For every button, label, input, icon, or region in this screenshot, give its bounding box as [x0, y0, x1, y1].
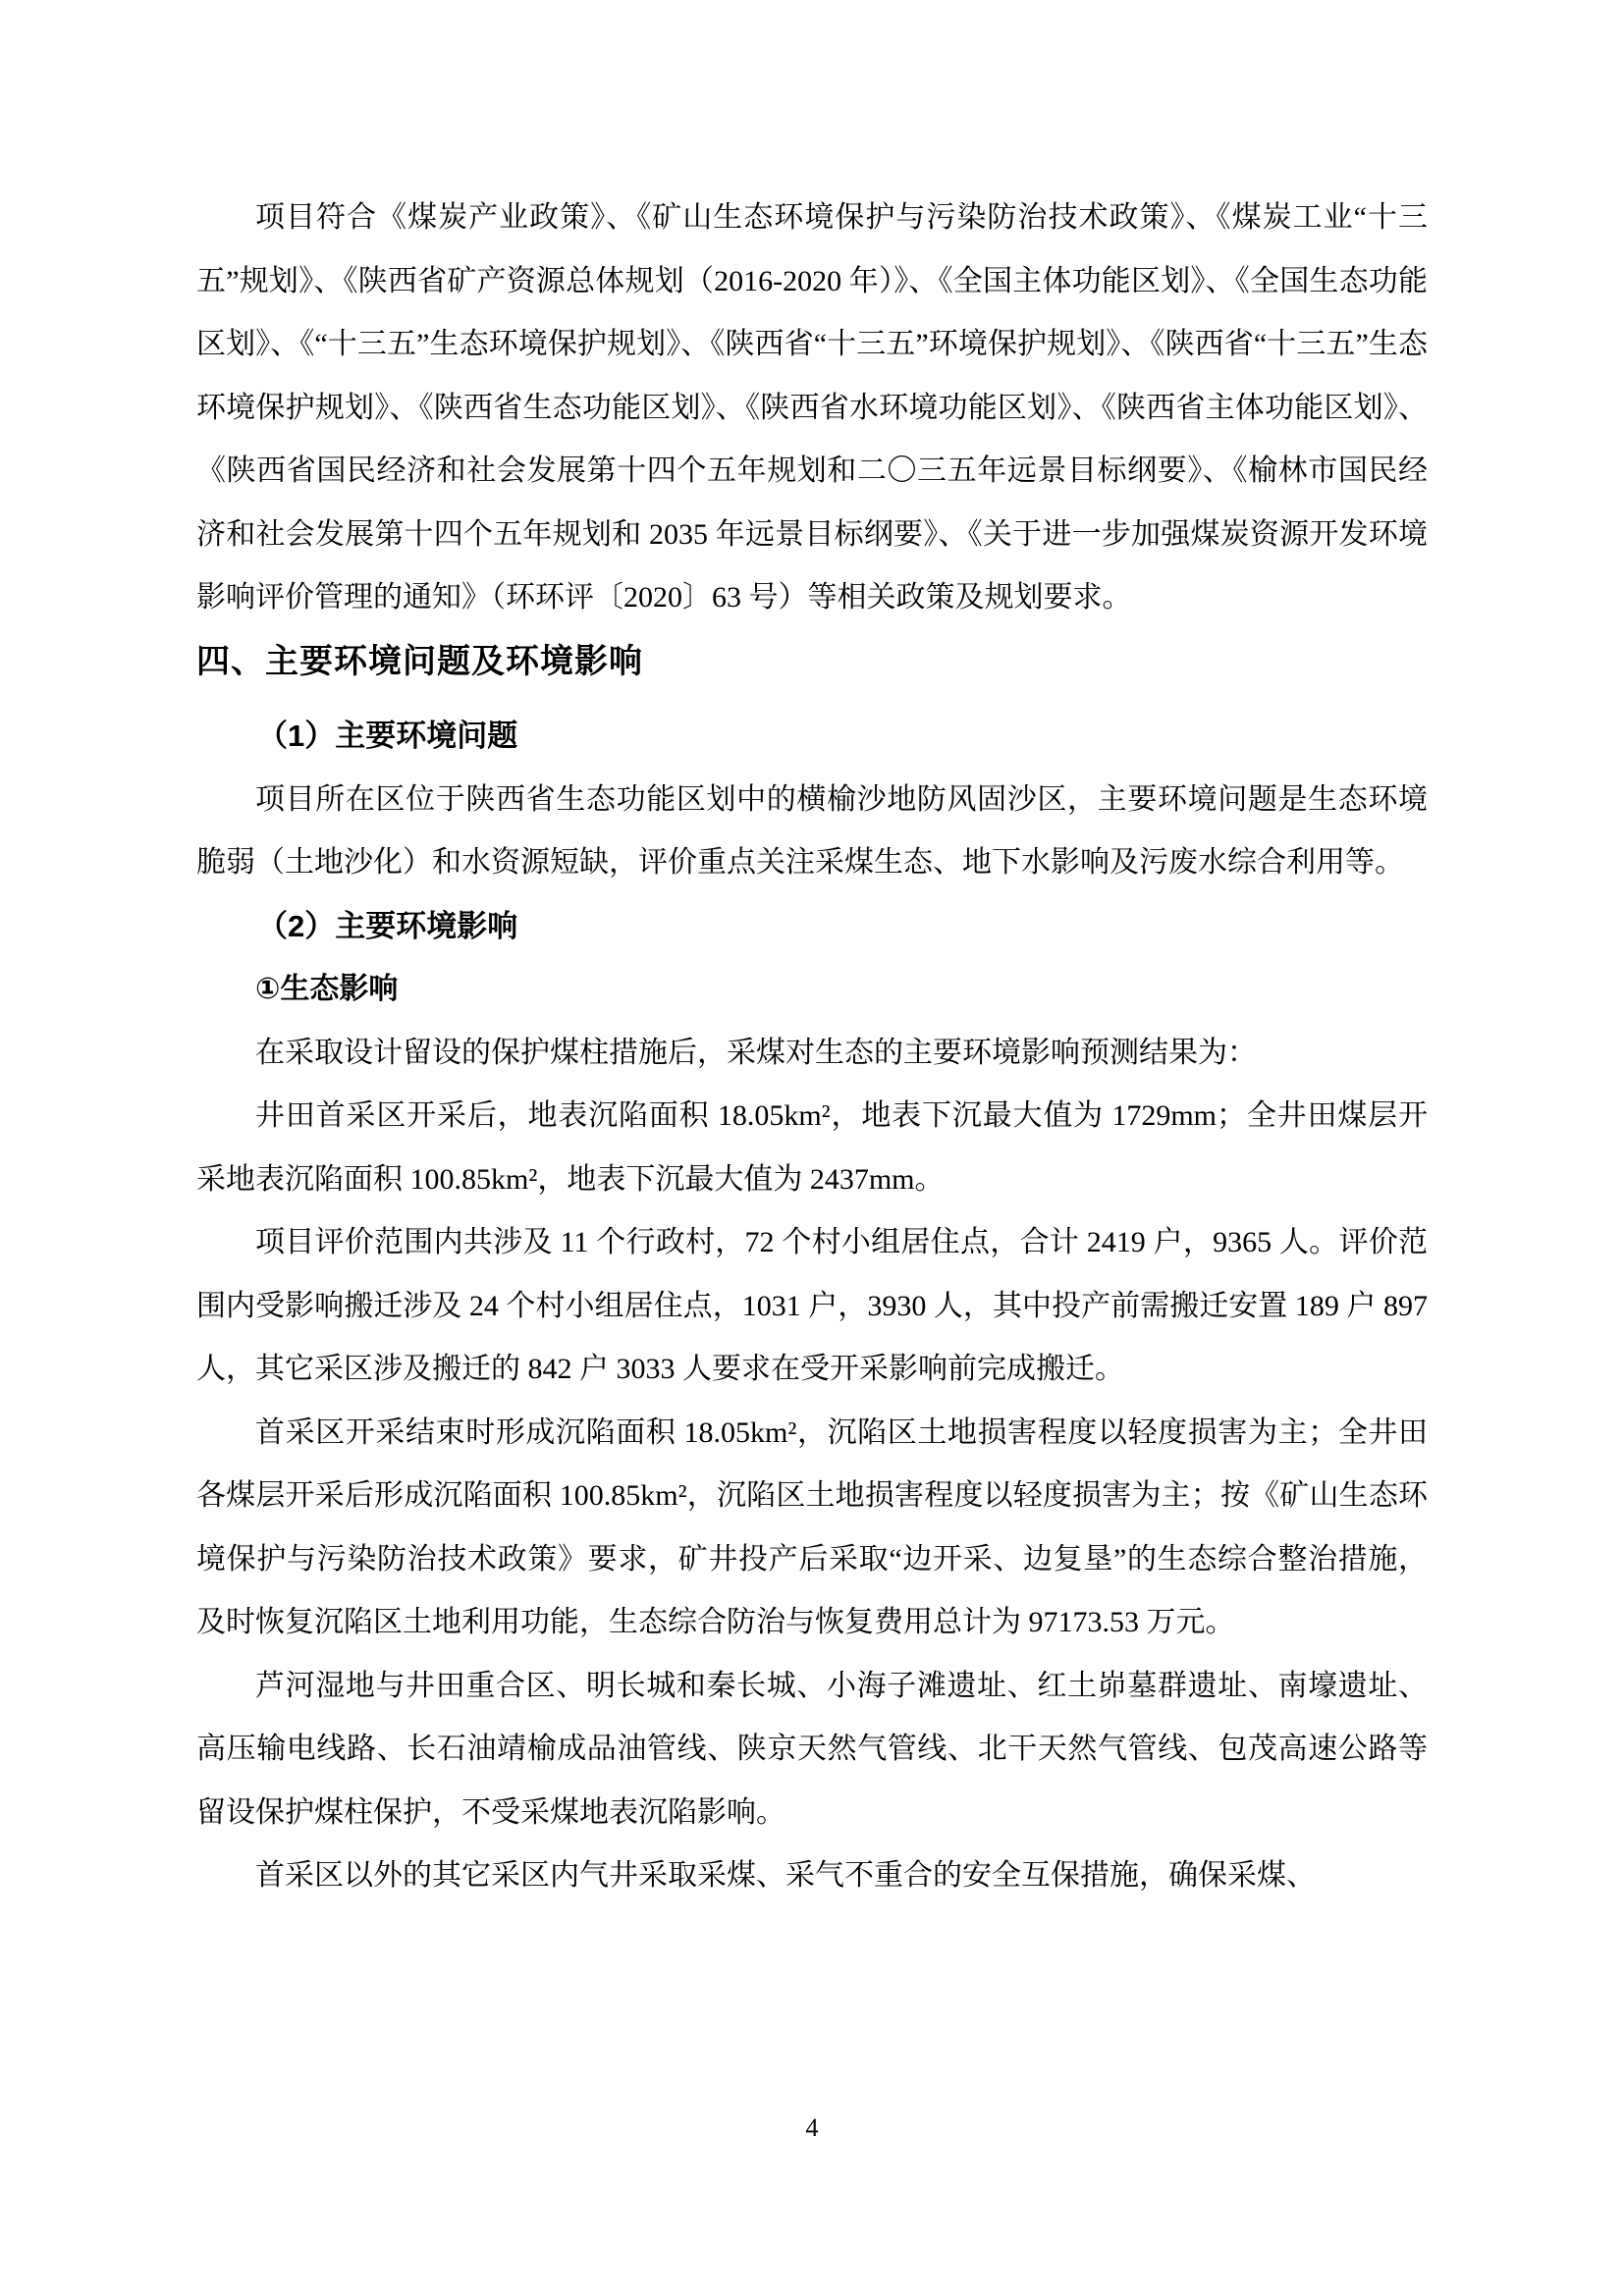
subheading-main-environment-impacts: （2）主要环境影响 [196, 895, 1428, 959]
document-content: 项目符合《煤炭产业政策》、《矿山生态环境保护与污染防治技术政策》、《煤炭工业“十… [196, 187, 1428, 1908]
subheading-main-environment-problems: （1）主要环境问题 [196, 705, 1428, 769]
paragraph-gas-wells-safety: 首采区以外的其它采区内气井采取采煤、采气不重合的安全互保措施，确保采煤、 [196, 1844, 1428, 1908]
section-heading-environment-issues: 四、主要环境问题及环境影响 [196, 630, 1428, 694]
subheading-ecological-impact: ①生态影响 [196, 958, 1428, 1022]
document-page: 项目符合《煤炭产业政策》、《矿山生态环境保护与污染防治技术政策》、《煤炭工业“十… [0, 0, 1624, 2296]
paragraph-region-problems: 项目所在区位于陕西省生态功能区划中的横榆沙地防风固沙区，主要环境问题是生态环境脆… [196, 769, 1428, 895]
paragraph-policy-compliance: 项目符合《煤炭产业政策》、《矿山生态环境保护与污染防治技术政策》、《煤炭工业“十… [196, 187, 1428, 630]
page-number: 4 [0, 2109, 1624, 2148]
paragraph-subsidence-area: 井田首采区开采后，地表沉陷面积 18.05km²，地表下沉最大值为 1729mm… [196, 1085, 1428, 1211]
paragraph-villages-relocation: 项目评价范围内共涉及 11 个行政村，72 个村小组居住点，合计 2419 户，… [196, 1211, 1428, 1402]
paragraph-protected-sites-pillars: 芦河湿地与井田重合区、明长城和秦长城、小海子滩遗址、红土峁墓群遗址、南壕遗址、高… [196, 1655, 1428, 1845]
paragraph-land-damage-restoration-cost: 首采区开采结束时形成沉陷面积 18.05km²，沉陷区土地损害程度以轻度损害为主… [196, 1402, 1428, 1655]
paragraph-prediction-intro: 在采取设计留设的保护煤柱措施后，采煤对生态的主要环境影响预测结果为： [196, 1022, 1428, 1086]
